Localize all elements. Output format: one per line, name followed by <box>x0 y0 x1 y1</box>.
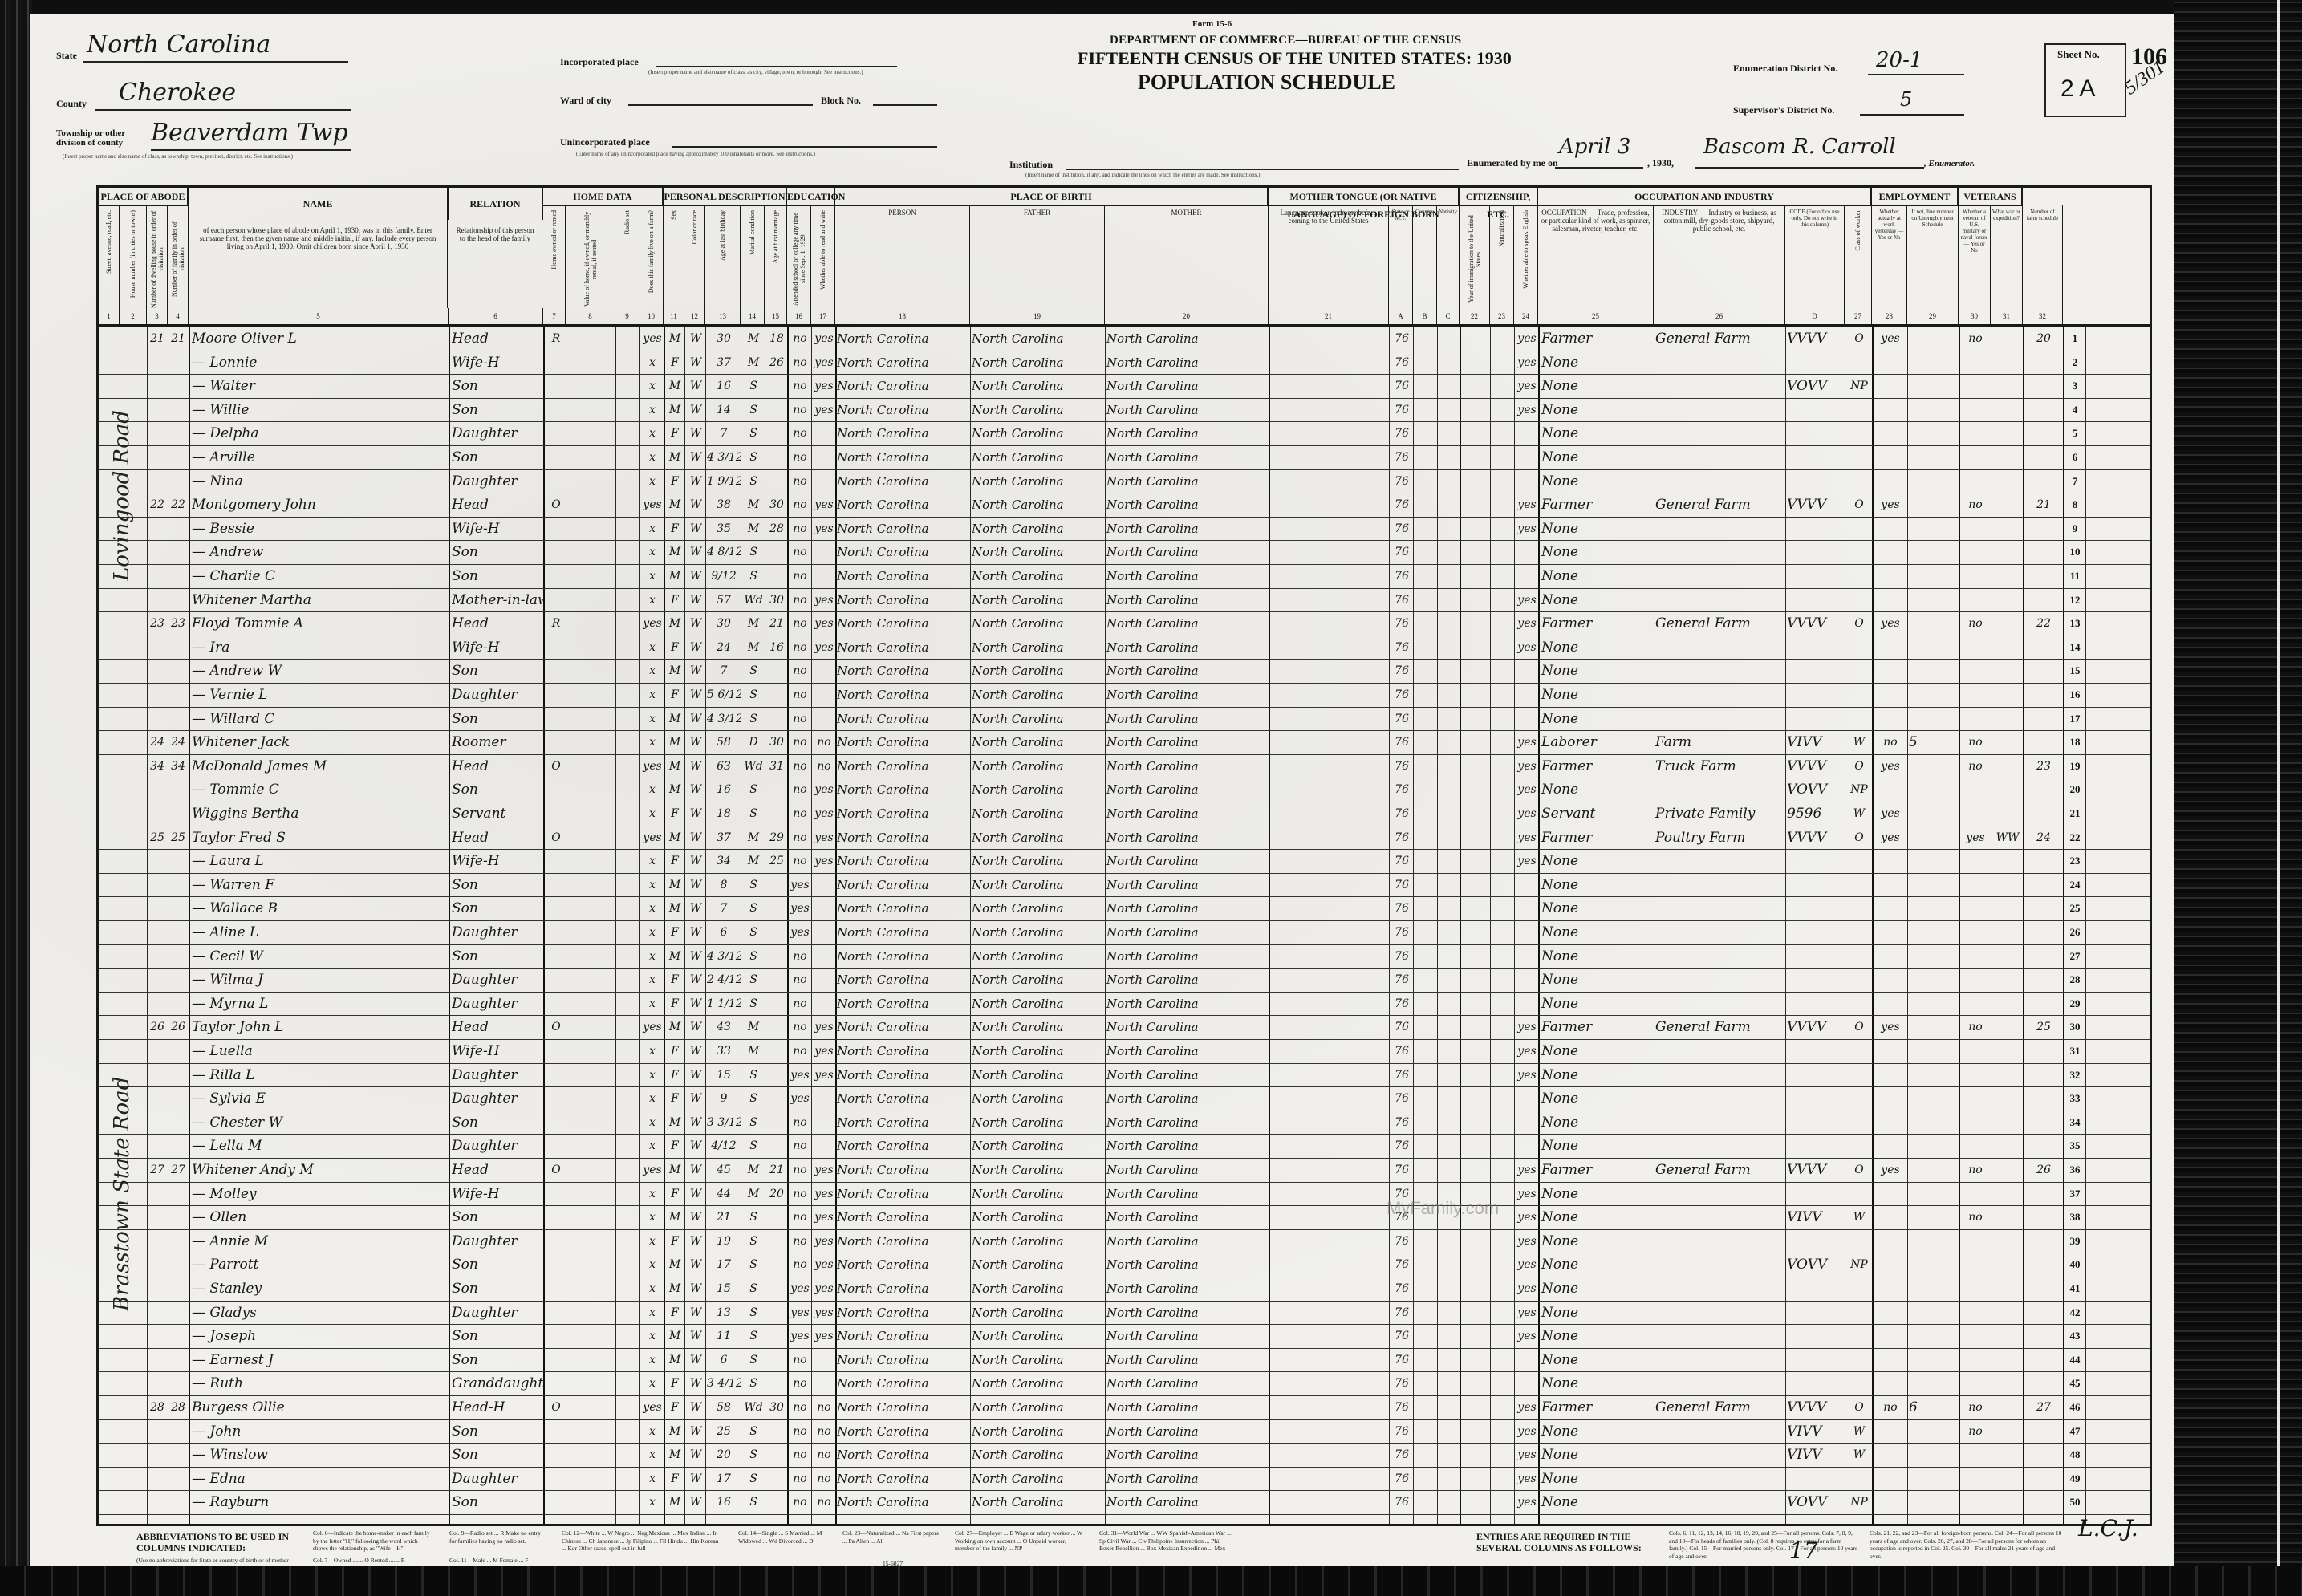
war <box>1992 1015 2023 1039</box>
unemployment-line <box>1909 1371 1959 1395</box>
family-number <box>168 920 189 944</box>
marital: S <box>742 920 765 944</box>
speaks-english: yes <box>1516 351 1538 375</box>
column-header-c17: Whether able to read and write <box>811 205 835 308</box>
home-owned: R <box>546 611 566 636</box>
read-write: yes <box>813 1063 835 1087</box>
war <box>1992 564 2023 588</box>
race: W <box>686 1063 705 1087</box>
occupation-code: VIVV <box>1787 1419 1845 1444</box>
birthplace-person: North Carolina <box>837 1182 970 1206</box>
column-header-text: MOTHER <box>1105 205 1268 220</box>
speaks-english: yes <box>1516 588 1538 612</box>
relation: Son <box>452 873 543 897</box>
dwelling-number <box>147 469 168 493</box>
column-number: 1 <box>99 308 120 324</box>
code-state: 76 <box>1391 445 1413 469</box>
read-write: yes <box>813 1277 835 1301</box>
farm-flag: x <box>641 1277 664 1301</box>
class-of-worker <box>1846 683 1872 707</box>
family-number <box>168 1039 189 1063</box>
home-owned <box>546 1134 566 1158</box>
marital: S <box>742 1253 765 1277</box>
school: yes <box>789 1086 811 1111</box>
person-name: — Andrew <box>192 540 449 564</box>
school: no <box>789 445 811 469</box>
home-owned <box>546 920 566 944</box>
war <box>1992 1086 2023 1111</box>
birthplace-mother: North Carolina <box>1106 920 1267 944</box>
birthplace-father: North Carolina <box>972 826 1105 850</box>
sex: F <box>665 683 684 707</box>
at-work <box>1874 683 1907 707</box>
birthplace-father: North Carolina <box>972 327 1105 351</box>
col12-note: Col. 12—White ... W Negro ... Neg Mexica… <box>562 1529 722 1553</box>
family-number <box>168 1301 189 1325</box>
read-write: yes <box>813 1205 835 1229</box>
relation: Daughter <box>452 1229 543 1253</box>
birthplace-person: North Carolina <box>837 327 970 351</box>
race: W <box>686 469 705 493</box>
speaks-english: yes <box>1516 1490 1538 1514</box>
dwelling-number <box>147 1111 168 1135</box>
age-first-marriage: 31 <box>766 754 787 778</box>
farm-schedule-number <box>2024 1467 2063 1491</box>
farm-schedule-number <box>2024 802 2063 826</box>
veteran: no <box>1960 1205 1991 1229</box>
column-header-text: Home owned or rented <box>550 210 558 270</box>
marital: S <box>742 802 765 826</box>
race: W <box>686 1253 705 1277</box>
home-owned <box>546 469 566 493</box>
sex: M <box>665 1015 684 1039</box>
farm-schedule-number <box>2024 1229 2063 1253</box>
at-work: yes <box>1874 754 1907 778</box>
farm-schedule-number <box>2024 659 2063 683</box>
birthplace-father: North Carolina <box>972 469 1105 493</box>
industry <box>1655 1301 1785 1325</box>
home-owned <box>546 1490 566 1514</box>
age-first-marriage <box>766 564 787 588</box>
home-owned <box>546 564 566 588</box>
birthplace-mother: North Carolina <box>1106 1324 1267 1348</box>
school: no <box>789 1039 811 1063</box>
occupation: None <box>1541 1419 1654 1444</box>
farm-schedule-number <box>2024 1324 2063 1348</box>
speaks-english: yes <box>1516 1277 1538 1301</box>
code-state: 76 <box>1391 1443 1413 1467</box>
unemployment-line <box>1909 1086 1959 1111</box>
relation: Son <box>452 1253 543 1277</box>
race: W <box>686 730 705 754</box>
birthplace-mother: North Carolina <box>1106 1229 1267 1253</box>
school: no <box>789 588 811 612</box>
farm-flag: x <box>641 1443 664 1467</box>
age: 19 <box>707 1229 741 1253</box>
farm-flag: x <box>641 873 664 897</box>
column-header-text: OCCUPATION — Trade, profession, or parti… <box>1538 205 1653 236</box>
farm-schedule-number <box>2024 1039 2063 1063</box>
farm-schedule-number <box>2024 469 2063 493</box>
veteran <box>1960 1443 1991 1467</box>
col6-note: Col. 6—Indicate the home-maker in each f… <box>313 1529 433 1553</box>
unemployment-line <box>1909 636 1959 660</box>
column-header-text: PERSON <box>835 205 969 220</box>
road-note-1: Lovingood Road <box>110 340 134 581</box>
birthplace-mother: North Carolina <box>1106 351 1267 375</box>
read-write <box>813 873 835 897</box>
war <box>1992 540 2023 564</box>
occupation-code <box>1787 1134 1845 1158</box>
read-write: yes <box>813 1229 835 1253</box>
institution-label: Institution <box>1009 159 1053 171</box>
birthplace-mother: North Carolina <box>1106 1490 1267 1514</box>
county-value: Cherokee <box>119 79 236 107</box>
at-work <box>1874 445 1907 469</box>
read-write <box>813 1134 835 1158</box>
industry <box>1655 849 1785 873</box>
family-number <box>168 873 189 897</box>
farm-schedule-number <box>2024 588 2063 612</box>
school: no <box>789 327 811 351</box>
person-name: — Ollen <box>192 1205 449 1229</box>
family-number <box>168 1348 189 1372</box>
race: W <box>686 1301 705 1325</box>
line-number: 47 <box>2064 1425 2085 1438</box>
column-group-header: PLACE OF BIRTH <box>835 188 1269 206</box>
age-first-marriage <box>766 1490 787 1514</box>
veteran <box>1960 873 1991 897</box>
war <box>1992 1229 2023 1253</box>
veteran <box>1960 968 1991 992</box>
race: W <box>686 778 705 802</box>
occupation-code: VVVV <box>1787 493 1845 517</box>
line-number: 36 <box>2064 1163 2085 1176</box>
person-name: — John <box>192 1419 449 1444</box>
marital: M <box>742 1015 765 1039</box>
occupation-code: VVVV <box>1787 1158 1845 1182</box>
veteran <box>1960 564 1991 588</box>
sex: M <box>665 1324 684 1348</box>
township-label: Township or other division of county <box>56 128 152 148</box>
relation: Son <box>452 1277 543 1301</box>
veteran <box>1960 944 1991 969</box>
table-row: 26— Aline LDaughterxFW6SyesNorth Carolin… <box>99 920 2150 945</box>
ward-label: Ward of city <box>560 95 611 107</box>
war <box>1992 588 2023 612</box>
enumerated-year: , 1930, <box>1647 157 1674 169</box>
war <box>1992 1395 2023 1419</box>
veteran <box>1960 540 1991 564</box>
at-work <box>1874 920 1907 944</box>
population-table: PLACE OF ABODENAMERELATIONHOME DATAPERSO… <box>96 185 2152 1526</box>
war <box>1992 802 2023 826</box>
age: 5 6/12 <box>707 683 741 707</box>
class-of-worker <box>1846 968 1872 992</box>
occupation: Farmer <box>1541 1158 1654 1182</box>
col27-note: Col. 27—Employer ... E Wage or salary wo… <box>955 1529 1083 1553</box>
relation: Servant <box>452 802 543 826</box>
age: 20 <box>707 1443 741 1467</box>
column-header-text: Street, avenue, road, etc. <box>105 210 112 274</box>
family-number <box>168 1490 189 1514</box>
line-number: 20 <box>2064 783 2085 796</box>
table-row: 44— Earnest JSonxMW6SnoNorth CarolinaNor… <box>99 1348 2150 1373</box>
age-first-marriage <box>766 920 787 944</box>
person-name: — Parrott <box>192 1253 449 1277</box>
sex: F <box>665 1063 684 1087</box>
at-work: no <box>1874 730 1907 754</box>
read-write: yes <box>813 1039 835 1063</box>
code-state: 76 <box>1391 873 1413 897</box>
person-name: — Chester W <box>192 1111 449 1135</box>
age: 1 1/12 <box>707 992 741 1016</box>
home-owned <box>546 778 566 802</box>
column-header-text: Country <box>1413 205 1436 218</box>
column-header-text: FATHER <box>970 205 1104 220</box>
table-row: 12121Moore Oliver LHeadRyesMW30M18noyesN… <box>99 327 2150 351</box>
occupation: None <box>1541 944 1654 969</box>
occupation: None <box>1541 1205 1654 1229</box>
marital: M <box>742 636 765 660</box>
relation: Wife-H <box>452 351 543 375</box>
column-number: 28 <box>1872 308 1907 324</box>
home-owned <box>546 873 566 897</box>
age: 4 8/12 <box>707 540 741 564</box>
unemployment-line <box>1909 802 1959 826</box>
occupation: None <box>1541 992 1654 1016</box>
school: no <box>789 421 811 445</box>
line-number: 2 <box>2064 356 2085 369</box>
family-number <box>168 778 189 802</box>
age-first-marriage: 21 <box>766 1158 787 1182</box>
code-state: 76 <box>1391 374 1413 398</box>
person-name: — Aline L <box>192 920 449 944</box>
birthplace-person: North Carolina <box>837 611 970 636</box>
relation: Wife-H <box>452 1182 543 1206</box>
column-number: 26 <box>1654 308 1785 324</box>
war <box>1992 992 2023 1016</box>
speaks-english: yes <box>1516 826 1538 850</box>
occupation: None <box>1541 1111 1654 1135</box>
farm-schedule-number <box>2024 517 2063 541</box>
class-of-worker <box>1846 1086 1872 1111</box>
home-owned <box>546 1348 566 1372</box>
industry: General Farm <box>1655 1015 1785 1039</box>
age-first-marriage <box>766 1205 787 1229</box>
required-entries-1: Cols. 6, 11, 12, 13, 14, 16, 18, 19, 20,… <box>1669 1529 1861 1560</box>
occupation: None <box>1541 469 1654 493</box>
column-number: 4 <box>168 308 189 324</box>
dwelling-number <box>147 1324 168 1348</box>
dwelling-number <box>147 540 168 564</box>
line-number: 42 <box>2064 1306 2085 1319</box>
war <box>1992 1371 2023 1395</box>
farm-flag: x <box>641 992 664 1016</box>
code-state: 76 <box>1391 683 1413 707</box>
class-of-worker <box>1846 636 1872 660</box>
unemployment-line <box>1909 540 1959 564</box>
occupation-code <box>1787 920 1845 944</box>
occupation-code: 9596 <box>1787 802 1845 826</box>
age-first-marriage <box>766 1253 787 1277</box>
industry <box>1655 778 1785 802</box>
race: W <box>686 968 705 992</box>
marital: S <box>742 1277 765 1301</box>
class-of-worker: O <box>1846 1158 1872 1182</box>
birthplace-person: North Carolina <box>837 683 970 707</box>
line-number: 29 <box>2064 997 2085 1010</box>
farm-flag: x <box>641 1371 664 1395</box>
home-owned <box>546 1467 566 1491</box>
school: no <box>789 659 811 683</box>
family-number: 23 <box>168 611 189 636</box>
speaks-english <box>1516 707 1538 731</box>
unemployment-line <box>1909 754 1959 778</box>
home-owned: O <box>546 493 566 517</box>
birthplace-person: North Carolina <box>837 1443 970 1467</box>
column-number: 3 <box>147 308 168 324</box>
occupation-code <box>1787 1324 1845 1348</box>
dwelling-number <box>147 659 168 683</box>
line-number: 31 <box>2064 1045 2085 1058</box>
farm-schedule-number <box>2024 683 2063 707</box>
family-number: 21 <box>168 327 189 351</box>
marital: S <box>742 421 765 445</box>
class-of-worker <box>1846 564 1872 588</box>
speaks-english: yes <box>1516 374 1538 398</box>
birthplace-father: North Carolina <box>972 896 1105 920</box>
relation: Daughter <box>452 1301 543 1325</box>
read-write: no <box>813 1443 835 1467</box>
race: W <box>686 445 705 469</box>
farm-flag: x <box>641 1348 664 1372</box>
farm-schedule-number <box>2024 849 2063 873</box>
institution-note: (Insert name of institution, if any, and… <box>1025 172 1475 178</box>
farm-flag: x <box>641 1039 664 1063</box>
sex: M <box>665 1111 684 1135</box>
enumerated-label: Enumerated by me on <box>1467 157 1558 169</box>
sex: M <box>665 707 684 731</box>
column-group-header: EDUCATION <box>787 188 835 206</box>
table-row: 15— Andrew WSonxMW7SnoNorth CarolinaNort… <box>99 659 2150 684</box>
relation: Son <box>452 445 543 469</box>
age: 6 <box>707 920 741 944</box>
dwelling-number <box>147 517 168 541</box>
family-number <box>168 1419 189 1444</box>
column-header-c8: Value of home, if owned, or monthly rent… <box>566 205 615 308</box>
class-of-worker <box>1846 1324 1872 1348</box>
dwelling-number <box>147 1063 168 1087</box>
home-owned <box>546 517 566 541</box>
birthplace-father: North Carolina <box>972 636 1105 660</box>
read-write: yes <box>813 374 835 398</box>
relation: Head <box>452 493 543 517</box>
race: W <box>686 1111 705 1135</box>
relation: Son <box>452 564 543 588</box>
dwelling-number <box>147 1443 168 1467</box>
school: yes <box>789 1324 811 1348</box>
occupation: None <box>1541 1490 1654 1514</box>
footer-instructions: ABBREVIATIONS TO BE USED IN COLUMNS INDI… <box>96 1525 2147 1573</box>
code-state: 76 <box>1391 327 1413 351</box>
birthplace-father: North Carolina <box>972 1063 1105 1087</box>
column-header-text: Age at first marriage <box>772 210 779 263</box>
home-owned: O <box>546 754 566 778</box>
read-write: no <box>813 1467 835 1491</box>
initials: L.C.J. <box>2078 1515 2138 1541</box>
birthplace-mother: North Carolina <box>1106 1371 1267 1395</box>
age-first-marriage <box>766 1277 787 1301</box>
birthplace-person: North Carolina <box>837 588 970 612</box>
race: W <box>686 944 705 969</box>
table-row: 29— Myrna LDaughterxFW1 1/12SnoNorth Car… <box>99 992 2150 1017</box>
farm-flag: yes <box>641 754 664 778</box>
race: W <box>686 1015 705 1039</box>
class-of-worker <box>1846 944 1872 969</box>
class-of-worker <box>1846 1348 1872 1372</box>
occupation: None <box>1541 1039 1654 1063</box>
farm-schedule-number <box>2024 445 2063 469</box>
person-name: — Sylvia E <box>192 1086 449 1111</box>
veteran <box>1960 1490 1991 1514</box>
sex: F <box>665 992 684 1016</box>
column-number: 6 <box>449 308 543 324</box>
war <box>1992 493 2023 517</box>
war <box>1992 778 2023 802</box>
line-number: 19 <box>2064 760 2085 773</box>
dwelling-number <box>147 351 168 375</box>
code-state: 76 <box>1391 469 1413 493</box>
birthplace-person: North Carolina <box>837 1467 970 1491</box>
table-row: 20— Tommie CSonxMW16SnoyesNorth Carolina… <box>99 778 2150 802</box>
occupation: None <box>1541 873 1654 897</box>
unemployment-line <box>1909 1443 1959 1467</box>
required-entries-2: Cols. 21, 22, and 23—For all foreign-bor… <box>1870 1529 2062 1560</box>
at-work <box>1874 421 1907 445</box>
code-state: 76 <box>1391 1253 1413 1277</box>
speaks-english <box>1516 421 1538 445</box>
code-state: 76 <box>1391 1490 1413 1514</box>
birthplace-person: North Carolina <box>837 873 970 897</box>
race: W <box>686 611 705 636</box>
column-header-c3: Number of dwelling house in order of vis… <box>147 205 168 308</box>
occupation: None <box>1541 421 1654 445</box>
industry <box>1655 1229 1785 1253</box>
family-number: 27 <box>168 1158 189 1182</box>
war <box>1992 374 2023 398</box>
birthplace-father: North Carolina <box>972 1490 1105 1514</box>
sex: M <box>665 873 684 897</box>
birthplace-father: North Carolina <box>972 564 1105 588</box>
farm-schedule-number <box>2024 540 2063 564</box>
read-write: yes <box>813 493 835 517</box>
industry: Poultry Farm <box>1655 826 1785 850</box>
war <box>1992 1419 2023 1444</box>
marital: S <box>742 1229 765 1253</box>
sex: F <box>665 1134 684 1158</box>
person-name: McDonald James M <box>192 754 449 778</box>
read-write: yes <box>813 351 835 375</box>
occupation-code <box>1787 445 1845 469</box>
column-header-text: Language spoken in home before coming to… <box>1269 205 1388 228</box>
unemployment-line <box>1909 707 1959 731</box>
code-state: 76 <box>1391 1348 1413 1372</box>
column-header-c10: Does this family live on a farm? <box>639 205 664 308</box>
age: 9/12 <box>707 564 741 588</box>
birthplace-mother: North Carolina <box>1106 540 1267 564</box>
school: no <box>789 1134 811 1158</box>
